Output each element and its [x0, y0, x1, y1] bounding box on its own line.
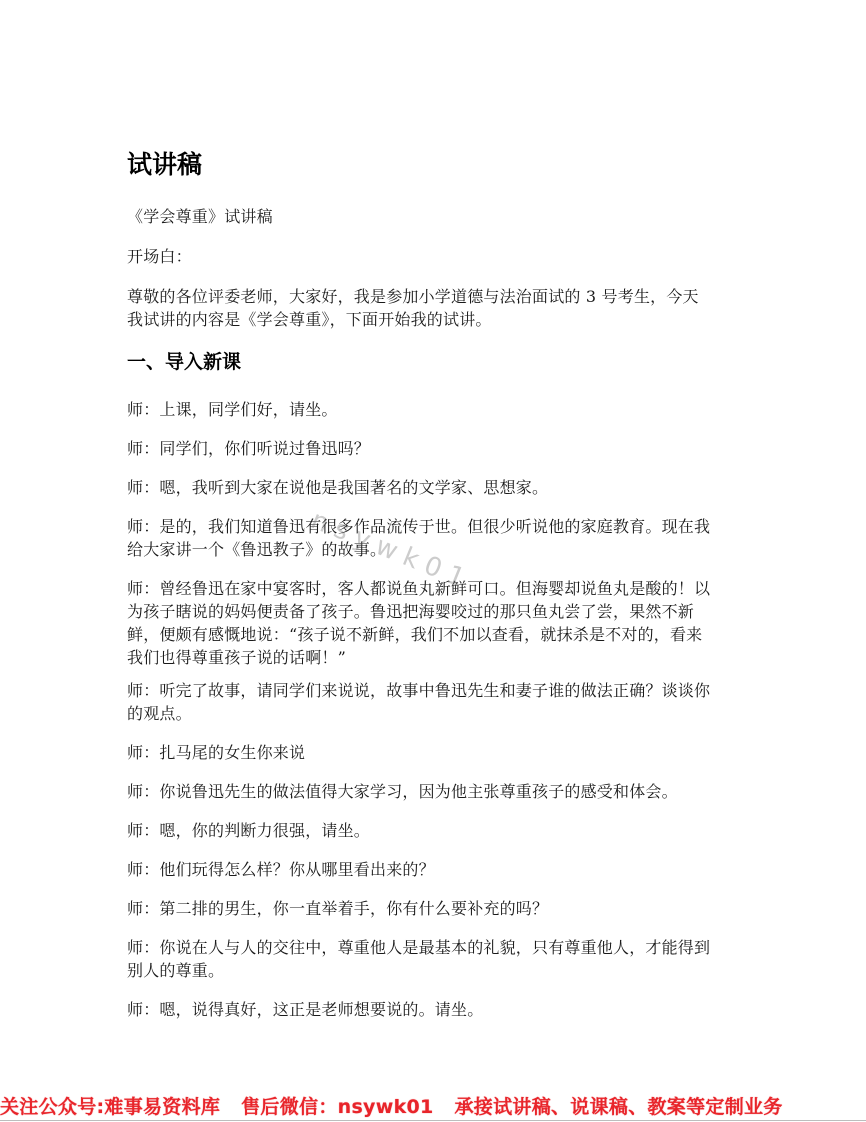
footer-custom-service: 承接试讲稿、说课稿、教案等定制业务 — [455, 1096, 783, 1118]
dialogue-line: 师：第二排的男生，你一直举着手，你有什么要补充的吗？ — [127, 897, 742, 920]
dialogue-line: 师：听完了故事，请同学们来说说，故事中鲁迅先生和妻子谁的做法正确？谈谈你 — [127, 679, 742, 702]
document-page: 试讲稿 《学会尊重》试讲稿 开场白： 尊敬的各位评委老师，大家好，我是参加小学道… — [0, 0, 866, 1122]
dialogue-line: 鲜，便颇有感慨地说：“孩子说不新鲜，我们不加以查看，就抹杀是不对的，看来 — [127, 623, 742, 646]
dialogue-line: 师：是的，我们知道鲁迅有很多作品流传于世。但很少听说他的家庭教育。现在我 — [127, 515, 742, 538]
dialogue-line: 师：嗯，说得真好，这正是老师想要说的。请坐。 — [127, 998, 742, 1021]
dialogue-line: 师：嗯，你的判断力很强，请坐。 — [127, 819, 742, 842]
dialogue-line: 别人的尊重。 — [127, 959, 742, 982]
promo-footer: 关注公众号:难事易资料库 售后微信：nsywk01 承接试讲稿、说课稿、教案等定… — [0, 1092, 866, 1122]
dialogue-line: 师：你说在人与人的交往中，尊重他人是最基本的礼貌，只有尊重他人，才能得到 — [127, 936, 742, 959]
dialogue-line: 给大家讲一个《鲁迅教子》的故事。 — [127, 538, 742, 561]
dialogue-line: 为孩子瞎说的妈妈便责备了孩子。鲁迅把海婴咬过的那只鱼丸尝了尝，果然不新 — [127, 600, 742, 623]
footer-wechat-account: 关注公众号:难事易资料库 — [0, 1096, 220, 1118]
dialogue-line: 师：曾经鲁迅在家中宴客时，客人都说鱼丸新鲜可口。但海婴却说鱼丸是酸的！以 — [127, 577, 742, 600]
section-heading: 一、导入新课 — [127, 349, 241, 375]
lesson-subtitle: 《学会尊重》试讲稿 — [127, 205, 742, 228]
opening-line: 尊敬的各位评委老师，大家好，我是参加小学道德与法治面试的 3 号考生，今天 — [127, 285, 742, 308]
opening-line: 我试讲的内容是《学会尊重》，下面开始我的试讲。 — [127, 308, 742, 331]
dialogue-line: 师：扎马尾的女生你来说 — [127, 741, 742, 764]
footer-divider — [0, 1120, 866, 1121]
opening-label: 开场白： — [127, 245, 742, 268]
dialogue-line: 师：同学们，你们听说过鲁迅吗？ — [127, 437, 742, 460]
document-title: 试讲稿 — [127, 148, 202, 182]
footer-after-sales-contact: 售后微信：nsywk01 — [241, 1096, 433, 1118]
dialogue-line: 的观点。 — [127, 702, 742, 725]
dialogue-line: 我们也得尊重孩子说的话啊！” — [127, 646, 742, 669]
dialogue-line: 师：嗯，我听到大家在说他是我国著名的文学家、思想家。 — [127, 476, 742, 499]
dialogue-line: 师：你说鲁迅先生的做法值得大家学习，因为他主张尊重孩子的感受和体会。 — [127, 780, 742, 803]
dialogue-line: 师：上课，同学们好，请坐。 — [127, 398, 742, 421]
dialogue-line: 师：他们玩得怎么样？你从哪里看出来的？ — [127, 858, 742, 881]
